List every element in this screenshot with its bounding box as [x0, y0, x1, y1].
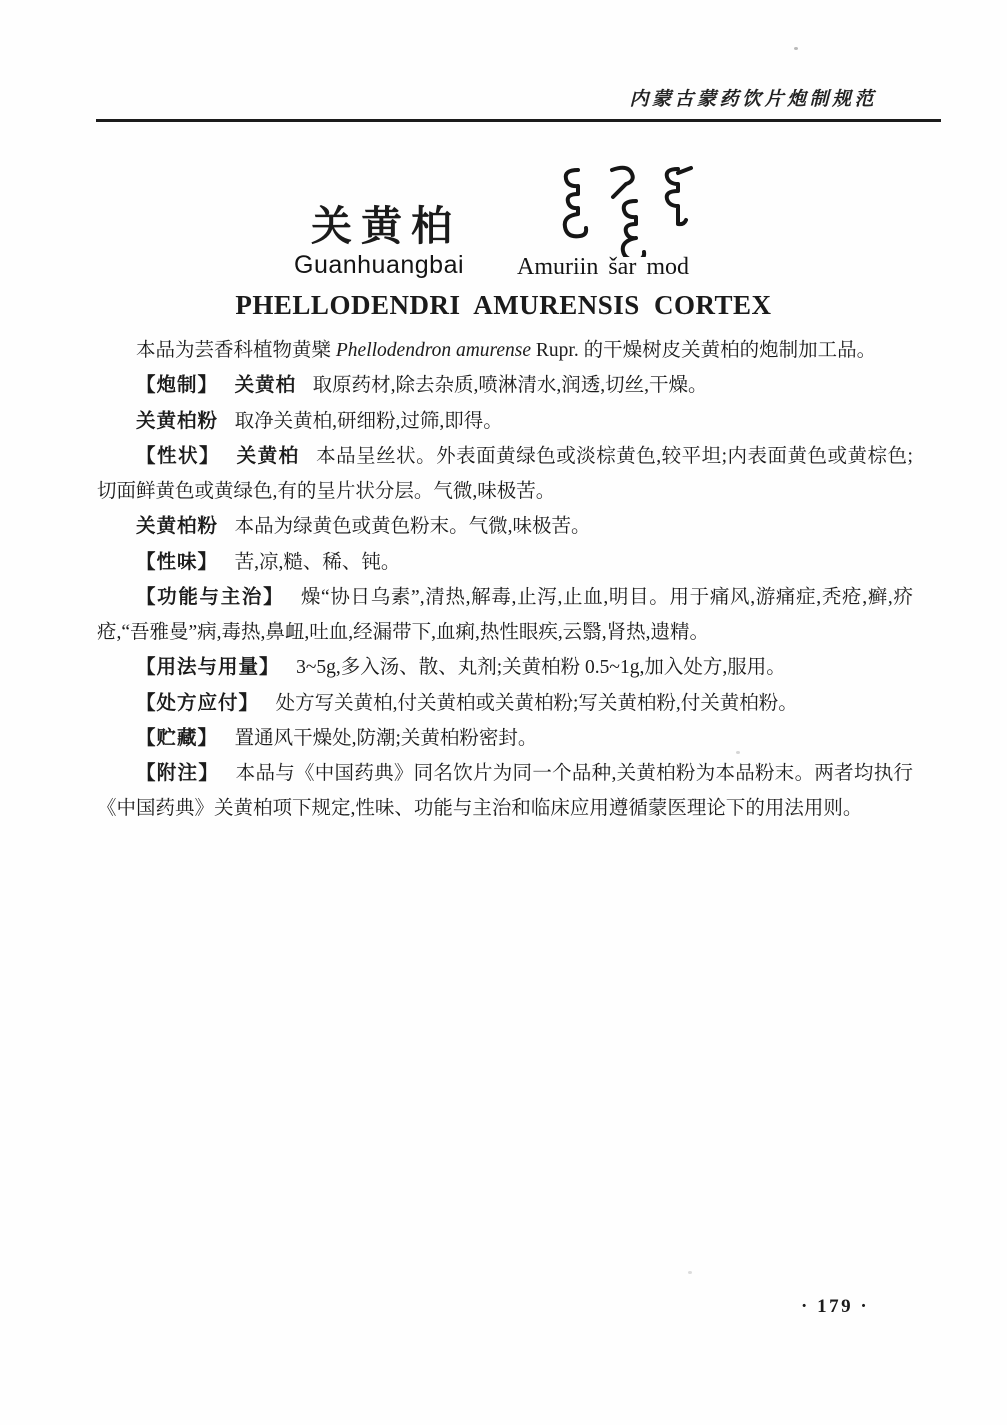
title-pinyin: Guanhuangbai [294, 251, 464, 280]
section-label: 【附注】 [136, 762, 219, 784]
section-paragraph: 【性味】苦,凉,糙、稀、钝。 [97, 545, 913, 580]
section-paragraph: 【用法与用量】3~5g,多入汤、散、丸剂;关黄柏粉 0.5~1g,加入处方,服用… [97, 650, 913, 685]
intro-paragraph: 本品为芸香科植物黄檗 Phellodendron amurense Rupr. … [97, 334, 913, 368]
section-paragraph: 【功能与主治】燥“协日乌素”,清热,解毒,止泻,止血,明目。用于痛风,游痛症,秃… [97, 580, 913, 650]
section-text: 本品为绿黄色或黄色粉末。气微,味极苦。 [235, 516, 591, 537]
scan-speck [794, 47, 798, 50]
section-paragraph: 【附注】本品与《中国药典》同名饮片为同一个品种,关黄柏粉为本品粉末。两者均执行《… [97, 756, 913, 826]
running-header: 内蒙古蒙药饮片炮制规范 [629, 84, 877, 111]
mongolian-script-icon [549, 165, 705, 257]
section-label: 【性状】 [136, 445, 220, 467]
header-rule [96, 119, 941, 122]
title-mongolian-latin: Amuriin šar mod [517, 254, 689, 281]
section-text: 置通风干燥处,防潮;关黄柏粉密封。 [235, 728, 538, 749]
intro-text-post: Rupr. 的干燥树皮关黄柏的炮制加工品。 [531, 340, 876, 361]
section-label: 【炮制】 [136, 374, 218, 396]
scan-speck [688, 1271, 692, 1274]
title-latin: PHELLODENDRI AMURENSIS CORTEX [0, 290, 1007, 321]
section-paragraph: 【性状】关黄柏本品呈丝状。外表面黄绿色或淡棕黄色,较平坦;内表面黄色或黄棕色;切… [97, 439, 913, 509]
section-label: 【用法与用量】 [136, 656, 280, 678]
section-subhead: 关黄柏粉 [136, 515, 218, 537]
section-paragraph: 【贮藏】置通风干燥处,防潮;关黄柏粉密封。 [97, 721, 913, 756]
section-paragraph: 关黄柏粉取净关黄柏,研细粉,过筛,即得。 [97, 404, 913, 439]
section-label: 【处方应付】 [136, 692, 259, 714]
section-text: 苦,凉,糙、稀、钝。 [235, 552, 401, 573]
page-number: · 179 · [801, 1296, 869, 1318]
sections-container: 【炮制】关黄柏取原药材,除去杂质,喷淋清水,润透,切丝,干燥。 关黄柏粉取净关黄… [97, 368, 913, 826]
book-page: 内蒙古蒙药饮片炮制规范 关黄柏 Guanhuangbai Amuriin šar… [0, 0, 1007, 1425]
section-label: 【性味】 [136, 551, 218, 573]
section-text: 取原药材,除去杂质,喷淋清水,润透,切丝,干燥。 [313, 375, 708, 396]
content-body: 本品为芸香科植物黄檗 Phellodendron amurense Rupr. … [97, 334, 913, 826]
section-label: 【功能与主治】 [136, 586, 284, 608]
title-chinese: 关黄柏 [311, 193, 461, 252]
section-label: 【贮藏】 [136, 727, 218, 749]
section-text: 本品与《中国药典》同名饮片为同一个品种,关黄柏粉为本品粉末。两者均执行《中国药典… [97, 763, 913, 818]
section-text: 处方写关黄柏,付关黄柏或关黄柏粉;写关黄柏粉,付关黄柏粉。 [276, 693, 798, 714]
section-text: 3~5g,多入汤、散、丸剂;关黄柏粉 0.5~1g,加入处方,服用。 [296, 657, 786, 678]
section-text: 取净关黄柏,研细粉,过筛,即得。 [235, 411, 503, 432]
section-subhead: 关黄柏 [235, 374, 297, 396]
intro-text-pre: 本品为芸香科植物黄檗 [136, 340, 336, 361]
species-name-italic: Phellodendron amurense [336, 340, 531, 361]
section-paragraph: 【处方应付】处方写关黄柏,付关黄柏或关黄柏粉;写关黄柏粉,付关黄柏粉。 [97, 686, 913, 721]
section-subhead: 关黄柏粉 [136, 410, 218, 432]
section-paragraph: 【炮制】关黄柏取原药材,除去杂质,喷淋清水,润透,切丝,干燥。 [97, 368, 913, 403]
section-paragraph: 关黄柏粉本品为绿黄色或黄色粉末。气微,味极苦。 [97, 509, 913, 544]
section-subhead: 关黄柏 [237, 445, 300, 467]
